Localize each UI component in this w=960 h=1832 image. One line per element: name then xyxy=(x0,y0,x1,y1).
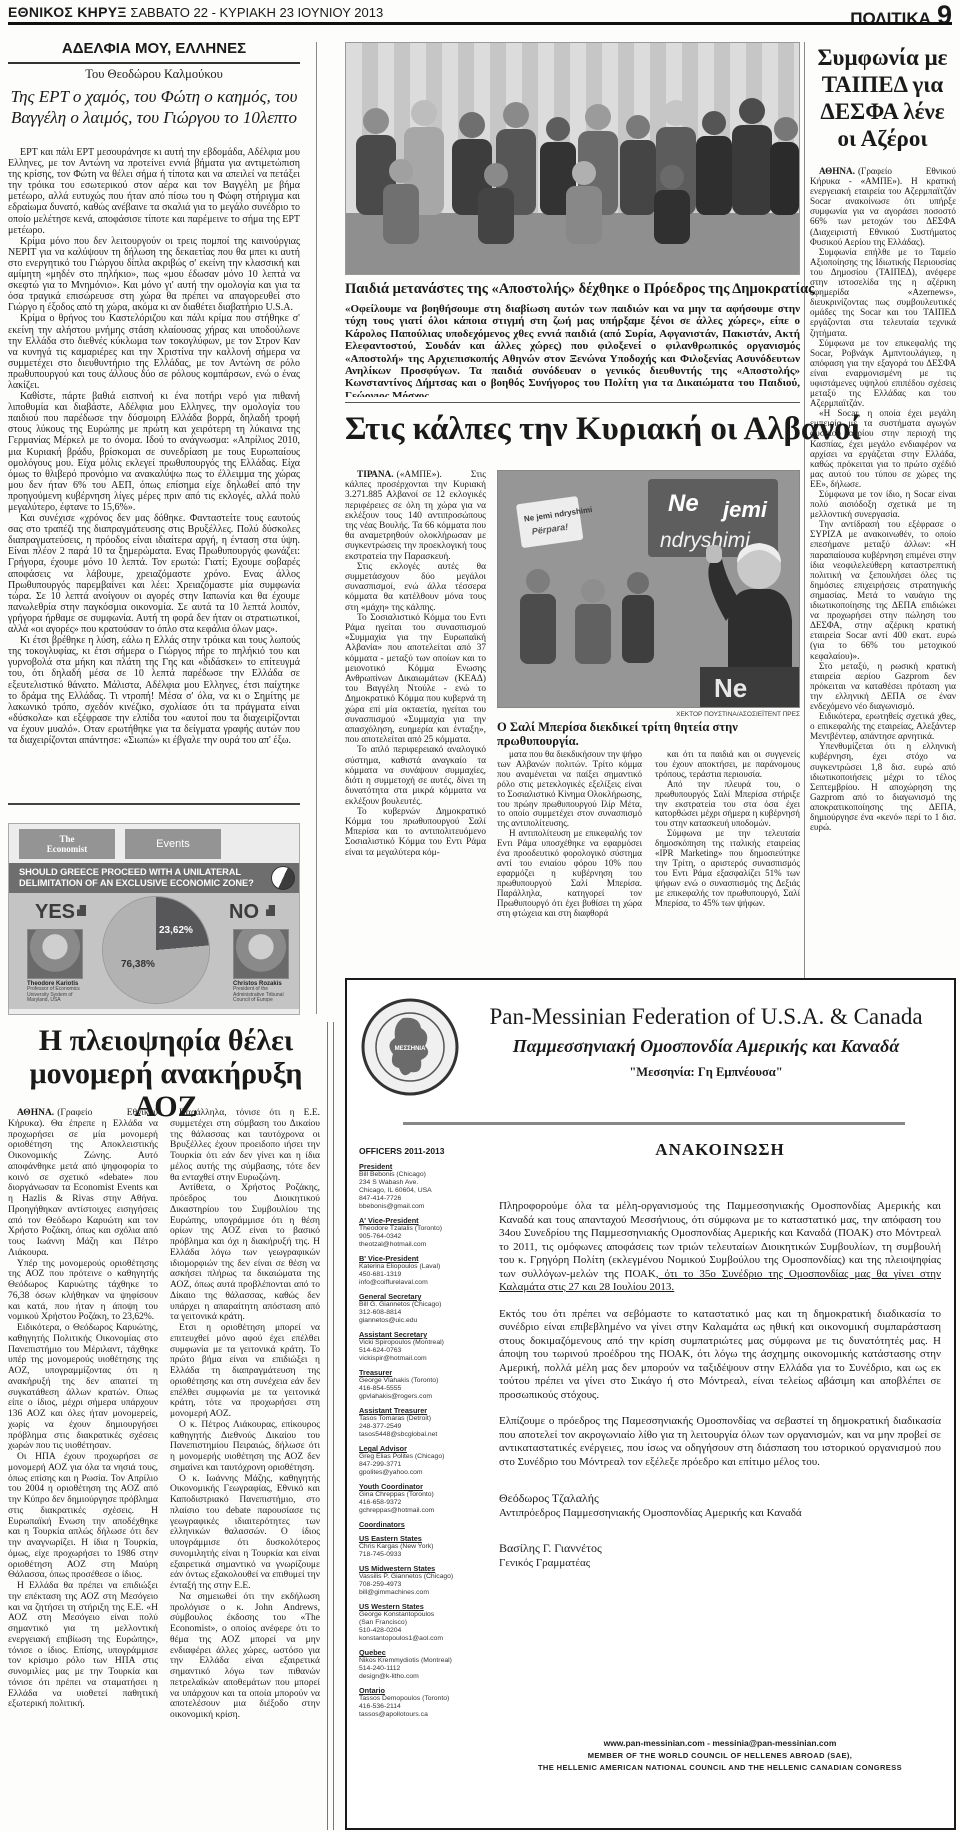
officer-details: Tassos Demopoulos (Toronto) 416-536-2114… xyxy=(359,1695,487,1719)
announcement-title: ΑΝΑΚΟΙΝΩΣΗ xyxy=(499,1140,941,1160)
rally-photo: Ne jemi ndryshimi Ne jemi ndryshimi Përp… xyxy=(497,470,800,708)
sign-text: ndryshimi xyxy=(660,529,751,552)
officer-details: Theodore Tzalalis (Toronto) 905-764-0342… xyxy=(359,1225,487,1249)
seal-label: ΜΕΣΣΗΝΙΑ xyxy=(395,1046,427,1052)
paragraph: Σύμφωνα με τον ίδιο, η Socar είναι πολύ … xyxy=(810,489,956,519)
paragraph: Την αντίδρασή του εξέφρασε ο ΣΥΡΙΖΑ με α… xyxy=(810,519,956,660)
paragraph: Κι έτσι βρέθηκε η λύση, εάλω η Ελλάς στη… xyxy=(8,635,300,746)
paragraph: Να σημειωθεί ότι την εκδήλωση προλόγισε … xyxy=(170,1592,320,1721)
yes-speaker: Theodore Kariotis Professor of Economics… xyxy=(27,929,81,1004)
desfa-headline-line: ΤΑΙΠΕΔ για xyxy=(808,71,957,98)
officer-details: Vassilis P. Giannetos (Chicago) 708-259-… xyxy=(359,1573,487,1597)
officer-title: Legal Advisor xyxy=(359,1444,487,1453)
officer-details: Bill Bebonis (Chicago) 234 S Wabash Ave.… xyxy=(359,1171,487,1211)
officers-heading: OFFICERS 2011-2013 xyxy=(359,1146,487,1156)
officer-entry: Legal AdvisorGreg Elias Polites (Chicago… xyxy=(359,1444,487,1477)
horizontal-rule xyxy=(345,402,800,403)
albania-column-3: και ότι τα παιδιά και οι συγγενείς του έ… xyxy=(655,750,800,964)
dateline: ΑΘΗΝΑ. xyxy=(17,1108,57,1118)
pan-messinian-ad: ΜΕΣΣΗΝΙΑ Pan-Messinian Federation of U.S… xyxy=(345,978,956,1830)
paragraph: Ειδικότερα, ερωτηθείς σχετικά χθες, ο επ… xyxy=(810,711,956,741)
column-rule xyxy=(8,803,300,805)
no-label: NO xyxy=(229,901,259,924)
pie-no-value: 23,62% xyxy=(159,925,193,936)
aoz-column-1: ΑΘΗΝΑ.(Γραφείο Εθνικού Κήρυκα). Θα έπρεπ… xyxy=(8,1108,158,1824)
speaker-desc: Council of Europe xyxy=(233,998,287,1004)
no-speaker: Christos Rozakis President of the Admini… xyxy=(233,929,287,1004)
ad-title-english: Pan-Messinian Federation of U.S.A. & Can… xyxy=(465,1004,947,1030)
ad-rule xyxy=(403,1122,905,1125)
officer-details: George Vlahakis (Toronto) 416-854-5555 g… xyxy=(359,1377,487,1401)
economist-poll-image: The Economist Events SHOULD GREECE PROCE… xyxy=(8,823,300,1015)
economist-logo: The Economist xyxy=(19,829,115,859)
paragraph: «Η Socar, η οποία έχει μεγάλη εμπειρία μ… xyxy=(810,408,956,489)
masthead-rule xyxy=(8,22,952,25)
paragraph: Σύμφωνα με τον επικεφαλής της Socar, Ροβ… xyxy=(810,338,956,409)
paragraph: Και συνέχισε «χρόνος δεν μας δόθηκε. Φαν… xyxy=(8,513,300,635)
photo-caption-body: «Οφείλουμε να βοηθήσουμε στη διαβίωση αυ… xyxy=(345,303,800,397)
economist-logos: The Economist Events xyxy=(9,824,299,863)
rally-photo-caption: Ο Σαλί Μπερίσα διεκδικεί τρίτη θητεία στ… xyxy=(497,720,800,748)
events-logo: Events xyxy=(125,829,221,859)
column-separator xyxy=(804,42,805,978)
section-name: ΠΟΛΙΤΙΚΑ xyxy=(850,9,931,28)
signature-role: Αντιπρόεδρος Παμμεσσηνιακής Ομοσπονδίας … xyxy=(499,1507,941,1519)
officer-entry: TreasurerGeorge Vlahakis (Toronto) 416-8… xyxy=(359,1368,487,1401)
economist-events-logo-icon xyxy=(271,866,295,890)
ad-title-greek: Παμμεσσηνιακή Ομοσπονδία Αμερικής και Κα… xyxy=(465,1036,947,1057)
paragraph: Υπέρ της μονομερούς οριοθέτησης της ΑΟΖ … xyxy=(8,1259,158,1324)
paragraph: Σύμφωνα με την τελευταία δημοσκόπηση της… xyxy=(655,829,800,908)
reception-photo xyxy=(345,42,800,275)
ad-motto: "Μεσσηνία: Γη Εμπνέουσα" xyxy=(465,1065,947,1080)
officer-entry: US Eastern StatesChris Kargas (New York)… xyxy=(359,1534,487,1559)
officer-details: Greg Elias Polites (Chicago) 847-299-377… xyxy=(359,1453,487,1477)
paragraph: Αντίθετα, ο Χρήστος Ροζάκης, πρόεδρος το… xyxy=(170,1183,320,1323)
officer-entry: PresidentBill Bebonis (Chicago) 234 S Wa… xyxy=(359,1162,487,1211)
officer-details: Chris Kargas (New York) 718-745-0933 xyxy=(359,1543,487,1559)
officer-entry: B' Vice-PresidentKaterina Eliopoulos (La… xyxy=(359,1254,487,1287)
paragraph: Παράλληλα, τόνισε ότι η Ε.Ε. συμμετέχει … xyxy=(170,1108,320,1183)
officer-title: Ontario xyxy=(359,1686,487,1695)
officer-entry: Youth CoordinatorGina Chreppas (Toronto)… xyxy=(359,1482,487,1515)
paper-name: ΕΘΝΙΚΟΣ ΚΗΡΥΞ xyxy=(8,4,127,20)
aoz-headline-line1: Η πλειοψηφία θέλει xyxy=(0,1024,332,1057)
paragraph: Το Σοσιαλιστικό Κόμμα του Εντι Ράμα ηγεί… xyxy=(345,613,486,746)
officer-details: Gina Chreppas (Toronto) 416-658-9372 gch… xyxy=(359,1491,487,1515)
officer-title: Assistant Treasurer xyxy=(359,1406,487,1415)
opinion-body: ΕΡΤ και πάλι ΕΡΤ μεσουράνησε κι αυτή την… xyxy=(8,147,300,797)
paragraph: Η αντιπολίτευση με επικεφαλής τον Εντι Ρ… xyxy=(497,829,642,918)
photo-caption-title: Παιδιά μετανάστες της «Αποστολής» δέχθηκ… xyxy=(345,281,815,298)
paragraph: ΕΡΤ και πάλι ΕΡΤ μεσουράνησε κι αυτή την… xyxy=(8,147,300,236)
yes-label: YES xyxy=(35,901,75,924)
speaker-photo xyxy=(233,929,289,979)
photo-credit: ΧΕΚΤΟΡ ΠΟΥΣΤΙΝΑ/ΑΣΟΣΙΕΪΤΕΝΤ ΠΡΕΣ xyxy=(497,711,800,718)
double-rule-inner xyxy=(333,1022,334,1830)
paragraph: Πληροφορούμε όλα τα μέλη-οργανισμούς της… xyxy=(499,1200,941,1295)
paragraph: Ελπίζουμε ο πρόεδρος της Παμεσσηνιακής Ο… xyxy=(499,1415,941,1469)
paragraph: Κρίμα μόνο που δεν λειτουργούν οι τρεις … xyxy=(8,236,300,314)
reception-photo-figures xyxy=(346,43,799,274)
newspaper-page: { "masthead": { "paper": "ΕΘΝΙΚΟΣ ΚΗΡΥΞ"… xyxy=(0,0,960,1832)
speaker-photo xyxy=(27,929,83,979)
double-rule-outer xyxy=(327,1022,328,1830)
paragraph: Ειδικότερα, ο Θεόδωρος Καρυώτης, καθηγητ… xyxy=(8,1323,158,1452)
pie-yes-value: 76,38% xyxy=(121,959,155,970)
officer-title: US Eastern States xyxy=(359,1534,487,1543)
paragraph: Ο κ. Πέτρος Λιάκουρας, επίκουρος καθηγητ… xyxy=(170,1420,320,1474)
masthead-left: ΕΘΝΙΚΟΣ ΚΗΡΥΞ ΣΑΒΒΑΤΟ 22 - ΚΥΡΙΑΚΗ 23 ΙΟ… xyxy=(8,4,383,20)
poll-question-banner: SHOULD GREECE PROCEED WITH A UNILATERAL … xyxy=(9,863,299,893)
signature-name: Θεόδωρος Τζαλαλής xyxy=(499,1491,941,1506)
sign-text: jemi xyxy=(720,497,768,522)
officer-details: Nikos Kremmydiotis (Montreal) 514-240-11… xyxy=(359,1657,487,1681)
officer-title: Treasurer xyxy=(359,1368,487,1377)
economist-logo-line2: Economist xyxy=(19,844,115,854)
albania-headline: Στις κάλπες την Κυριακή οι Αλβανοί xyxy=(345,411,800,448)
opinion-title-line1: Της ΕΡΤ ο χαμός, του Φώτη ο καημός, του xyxy=(8,86,300,107)
sign-text: Ne xyxy=(668,490,699,517)
aoz-column-2: Παράλληλα, τόνισε ότι η Ε.Ε. συμμετέχει … xyxy=(170,1108,320,1824)
officer-entry: Coordinators xyxy=(359,1520,487,1529)
paragraph: Το απλό περιφερειακό αναλογικό σύστημα, … xyxy=(345,745,486,806)
officer-entry: QuebecNikos Kremmydiotis (Montreal) 514-… xyxy=(359,1648,487,1681)
officer-entry: OntarioTassos Demopoulos (Toronto) 416-5… xyxy=(359,1686,487,1719)
officer-title: Assistant Secretary xyxy=(359,1330,487,1339)
officer-details: Bill G. Giannetos (Chicago) 312-608-8814… xyxy=(359,1301,487,1325)
paragraph: Εκτός του ότι πρέπει να σεβόμαστε το κατ… xyxy=(499,1308,941,1403)
pan-messinian-seal-icon: ΜΕΣΣΗΝΙΑ xyxy=(361,998,459,1096)
ad-membership-line: THE HELLENIC AMERICAN NATIONAL COUNCIL A… xyxy=(499,1763,941,1772)
officer-title: US Midwestern States xyxy=(359,1564,487,1573)
officer-title: Coordinators xyxy=(359,1520,487,1529)
paragraph: Υπενθυμίζεται ότι η ελληνική κυβέρνηση, … xyxy=(810,741,956,832)
masthead-right: ΠΟΛΙΤΙΚΑ9 xyxy=(850,0,952,31)
paragraph: Ετσι η οριοθέτηση μπορεί να επιτευχθεί μ… xyxy=(170,1323,320,1420)
opinion-byline: Του Θεοδώρου Καλμούκου xyxy=(8,67,300,82)
issue-date: ΣΑΒΒΑΤΟ 22 - ΚΥΡΙΑΚΗ 23 ΙΟΥΝΙΟΥ 2013 xyxy=(130,5,383,20)
signature-name: Βασίλης Γ. Γιαννέτος xyxy=(499,1541,941,1556)
paragraph: Το κυβερνών Δημοκρατικό Κόμμα του πρωθυπ… xyxy=(345,807,486,858)
yes-votes-icon xyxy=(77,905,86,916)
officer-title: US Western States xyxy=(359,1602,487,1611)
ad-membership-line: MEMBER OF THE WORLD COUNCIL OF HELLENES … xyxy=(499,1751,941,1760)
officer-entry: US Western StatesGeorge Konstantopoulos … xyxy=(359,1602,487,1643)
desfa-body: ΑΘΗΝΑ.(Γραφείο Εθνικού Κήρυκα - «ΑΜΠΕ»).… xyxy=(810,166,956,970)
officer-title: B' Vice-President xyxy=(359,1254,487,1263)
officer-entry: Assistant SecretaryVicki Spiropoulos (Mo… xyxy=(359,1330,487,1363)
ad-titles: Pan-Messinian Federation of U.S.A. & Can… xyxy=(465,1004,947,1080)
officer-details: Vicki Spiropoulos (Montreal) 514-624-076… xyxy=(359,1339,487,1363)
desfa-headline-line: οι Αζέροι xyxy=(808,125,957,152)
desfa-headline-line: ΔΕΣΦΑ λένε xyxy=(808,98,957,125)
signature-role: Γενικός Γραμματέας xyxy=(499,1557,941,1569)
paragraph: Ο κ. Ιωάννης Μάζης, καθηγητής Οικονομική… xyxy=(170,1474,320,1592)
paragraph: Στο μεταξύ, η ρωσική κρατική εταιρεία αε… xyxy=(810,661,956,711)
paragraph: και ότι τα παιδιά και οι συγγενείς του έ… xyxy=(655,750,800,780)
paragraph: ματα που θα διεκδικήσουν την ψήφο των Αλ… xyxy=(497,750,642,829)
sign-text: Ne xyxy=(714,673,747,703)
desfa-headline: Συμφωνία με ΤΑΙΠΕΔ για ΔΕΣΦΑ λένε οι Αζέ… xyxy=(808,44,957,152)
officer-title: A' Vice-President xyxy=(359,1216,487,1225)
officer-title: General Secretary xyxy=(359,1292,487,1301)
paragraph: Συμφωνία επήλθε με το Ταμείο Αξιοποίησης… xyxy=(810,247,956,338)
paragraph: Καθίστε, πάρτε βαθιά εισπνοή κι ένα ποτή… xyxy=(8,391,300,513)
poll-pie-chart xyxy=(103,897,209,1003)
column-separator xyxy=(316,42,317,1014)
officer-entry: US Midwestern StatesVassilis P. Gianneto… xyxy=(359,1564,487,1597)
officer-entry: Assistant TreasurerTasos Tomaras (Detroi… xyxy=(359,1406,487,1439)
paragraph: ΤΙΡΑΝΑ.(«ΑΜΠΕ»). Στις κάλπες προσέρχοντα… xyxy=(345,470,486,562)
dateline: ΤΙΡΑΝΑ. xyxy=(357,470,397,480)
albania-column-1: ΤΙΡΑΝΑ.(«ΑΜΠΕ»). Στις κάλπες προσέρχοντα… xyxy=(345,470,486,964)
paragraph-text: («ΑΜΠΕ»). Στις κάλπες προσέρχονται την Κ… xyxy=(345,470,486,562)
poll-question: SHOULD GREECE PROCEED WITH A UNILATERAL … xyxy=(19,867,254,888)
no-votes-icon xyxy=(266,905,275,916)
paragraph: Στις εκλογές αυτές θα συμμετάσχουν δύο μ… xyxy=(345,562,486,613)
officer-details: Katerina Eliopoulos (Laval) 450-681-1319… xyxy=(359,1263,487,1287)
dateline: ΑΘΗΝΑ. xyxy=(819,166,858,176)
page-number: 9 xyxy=(937,0,952,30)
albania-column-2: ματα που θα διεκδικήσουν την ψήφο των Αλ… xyxy=(497,750,642,964)
rally-photo-figures: Ne jemi ndryshimi Ne jemi ndryshimi Përp… xyxy=(498,471,799,707)
paragraph: Κρίμα ο θρήνος του Καστελόριζου και πάλι… xyxy=(8,313,300,391)
officer-details: Tasos Tomaras (Detroit) 248-377-2549 tas… xyxy=(359,1415,487,1439)
paragraph: ΑΘΗΝΑ.(Γραφείο Εθνικού Κήρυκα - «ΑΜΠΕ»).… xyxy=(810,166,956,247)
officer-title: President xyxy=(359,1162,487,1171)
opinion-title-line2: Βαγγέλη ο λαιμός, του Γιώργου το 10λεπτο xyxy=(8,107,300,128)
paragraph-text: (Γραφείο Εθνικού Κήρυκα). Θα έπρεπε η Ελ… xyxy=(8,1108,158,1258)
opinion-kicker: ΑΔΕΛΦΙΑ ΜΟΥ, ΕΛΛΗΝΕΣ xyxy=(8,40,300,64)
paragraph: Από την πλευρά του, ο πρωθυπουργός Σαλί … xyxy=(655,780,800,830)
opinion-title: Της ΕΡΤ ο χαμός, του Φώτη ο καημός, του … xyxy=(8,86,300,128)
speaker-desc: University System of Maryland, USA xyxy=(27,993,81,1004)
officer-details: George Konstantopoulos (San Francisco) 5… xyxy=(359,1611,487,1643)
desfa-headline-line: Συμφωνία με xyxy=(808,44,957,71)
officers-list: OFFICERS 2011-2013 PresidentBill Bebonis… xyxy=(359,1146,487,1724)
ad-footer: www.pan-messinian.com - messinia@pan-mes… xyxy=(499,1738,941,1772)
paragraph: ΑΘΗΝΑ.(Γραφείο Εθνικού Κήρυκα). Θα έπρεπ… xyxy=(8,1108,158,1259)
paragraph-text: (Γραφείο Εθνικού Κήρυκα - «ΑΜΠΕ»). Η κρα… xyxy=(810,166,956,247)
announcement: ΑΝΑΚΟΙΝΩΣΗ Πληροφορούμε όλα τα μέλη-οργα… xyxy=(499,1140,941,1569)
poll-result-area: YES NO 23,62% 76,38% Theodore Kariotis P… xyxy=(9,893,299,1009)
officer-title: Youth Coordinator xyxy=(359,1482,487,1491)
economist-logo-line1: The xyxy=(19,834,115,844)
officer-entry: A' Vice-PresidentTheodore Tzalalis (Toro… xyxy=(359,1216,487,1249)
paragraph: Οι ΗΠΑ έχουν προχωρήσει σε μονομερή ΑΟΖ … xyxy=(8,1452,158,1581)
officer-entry: General SecretaryBill G. Giannetos (Chic… xyxy=(359,1292,487,1325)
officer-title: Quebec xyxy=(359,1648,487,1657)
paragraph: Η Ελλάδα θα πρέπει να επιδιώξει την επέκ… xyxy=(8,1581,158,1710)
ad-website: www.pan-messinian.com - messinia@pan-mes… xyxy=(499,1738,941,1748)
